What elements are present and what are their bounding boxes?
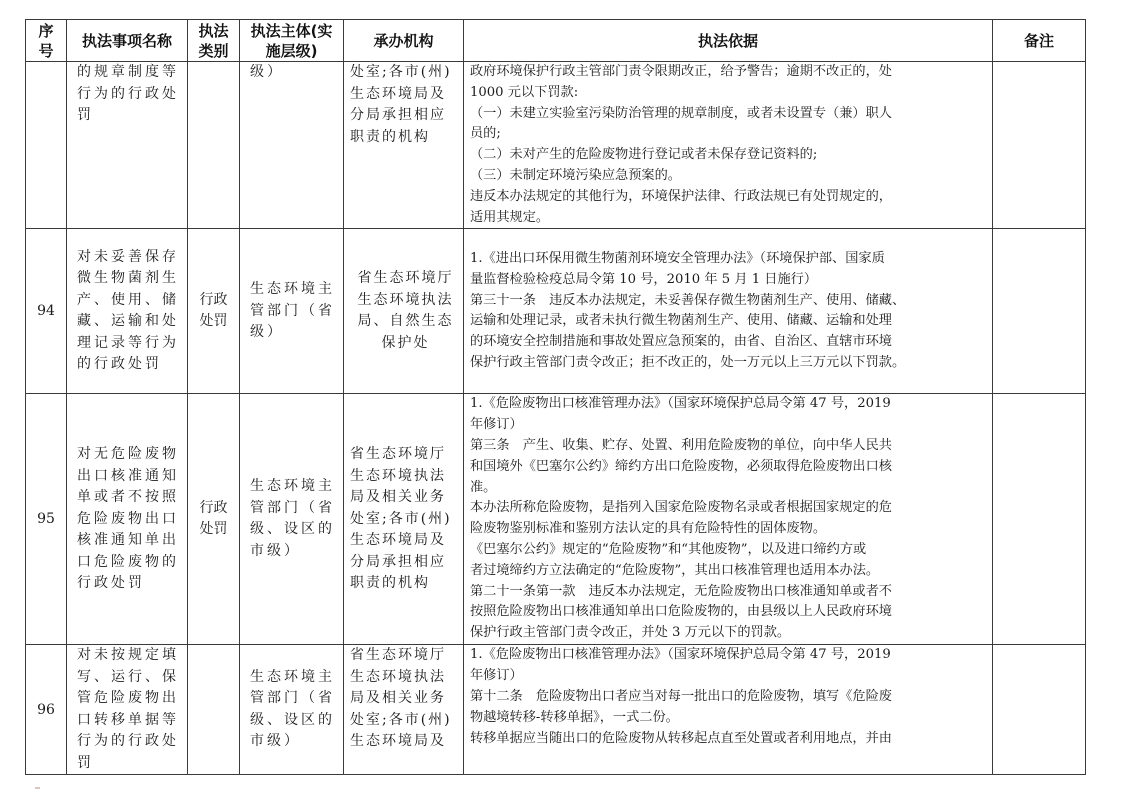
enforcement-items-table: 序 号 执法事项名称 执法 类别 执法主体(实 施层级) 承办机构 执法依据 备… [25,19,1086,775]
basis-line: 第十二条 危险废物出口者应当对每一批出口的危险废物，填写《危险废 [470,687,988,708]
cell-name: 对未按规定填写、运行、保管危险废物出口转移单据等行为的行政处罚 [67,645,188,775]
cell-note [993,645,1086,775]
cell-subject: 级） [240,62,344,229]
cell-subject: 生态环境主管部门（省级、设区的市级） [240,645,344,775]
cell-name: 对未妥善保存微生物菌剂生产、使用、储藏、运输和处理记录等行为的行政处罚 [67,229,188,394]
header-type-line: 类别 [188,41,239,61]
basis-line: 第二十一条第一款 违反本办法规定，无危险废物出口核准通知单或者不 [470,582,988,603]
cell-basis: 1.《危险废物出口核准管理办法》（国家环境保护总局令第 47 号，2019 年修… [464,645,993,775]
cell-seq: 96 [26,645,67,775]
header-seq: 序 号 [26,20,67,62]
basis-line: （一）未建立实验室污染防治管理的规章制度，或者未设置专（兼）职人 [470,104,988,125]
cell-type-text: 行政处罚 [198,290,229,332]
cell-org: 省生态环境厅生态环境执法局、自然生态保护处 [344,229,464,394]
basis-line: 年修订） [470,666,988,687]
basis-line: 运输和处理记录，或者未执行微生物菌剂生产、使用、储藏、运输和处理 [470,311,988,332]
basis-line: 第三十一条 违反本办法规定，未妥善保存微生物菌剂生产、使用、储藏、 [470,291,988,312]
basis-line: 员的; [470,124,988,145]
header-subject-line: 执法主体(实 [240,21,343,41]
basis-line: （二）未对产生的危险废物进行登记或者未保存登记资料的; [470,145,988,166]
basis-line: 者过境缔约方立法确定的“危险废物”，其出口核准管理也适用本办法。 [470,561,988,582]
basis-line: 第三条 产生、收集、贮存、处置、利用危险废物的单位，向中华人民共 [470,436,988,457]
cell-type [188,645,240,775]
basis-line: 物越境转移-转移单据》，一式二份。 [470,708,988,729]
scan-speck [35,787,40,789]
cell-basis: 政府环境保护行政主管部门责令限期改正，给予警告；逾期不改正的，处 1000 元以… [464,62,993,229]
cell-type-text: 行政处罚 [198,498,229,540]
basis-line: 本办法所称危险废物，是指列入国家危险废物名录或者根据国家规定的危 [470,498,988,519]
cell-org: 处室;各市(州)生态环境局及分局承担相应职责的机构 [344,62,464,229]
basis-line: 适用其规定。 [470,208,988,229]
basis-line: 1.《危险废物出口核准管理办法》（国家环境保护总局令第 47 号，2019 [470,645,988,666]
header-subject: 执法主体(实 施层级) [240,20,344,62]
header-name: 执法事项名称 [67,20,188,62]
cell-subject: 生态环境主管部门（省级、设区的市级） [240,394,344,645]
basis-line: 量监督检验检疫总局令第 10 号，2010 年 5 月 1 日施行） [470,270,988,291]
header-basis: 执法依据 [464,20,993,62]
basis-line: 按照危险废物出口核准通知单出口危险废物的，由县级以上人民政府环境 [470,602,988,623]
basis-line: 政府环境保护行政主管部门责令限期改正，给予警告；逾期不改正的，处 [470,62,988,83]
header-subject-line: 施层级) [240,41,343,61]
basis-line: 准。 [470,478,988,499]
basis-line: 保护行政主管部门责令改正；拒不改正的，处一万元以上三万元以下罚款。 [470,353,988,374]
basis-line: 1.《危险废物出口核准管理办法》（国家环境保护总局令第 47 号，2019 [470,394,988,415]
cell-note [993,62,1086,229]
header-type-line: 执法 [188,21,239,41]
header-seq-line: 号 [26,41,66,61]
basis-line: 1000 元以下罚款: [470,83,988,104]
basis-line: 保护行政主管部门责令改正，并处 3 万元以下的罚款。 [470,623,988,644]
cell-subject: 生态环境主管部门（省级） [240,229,344,394]
cell-name: 对无危险废物出口核准通知单或者不按照危险废物出口核准通知单出口危险废物的行政处罚 [67,394,188,645]
header-seq-line: 序 [26,21,66,41]
cell-note [993,394,1086,645]
cell-seq [26,62,67,229]
basis-line: 和国境外《巴塞尔公约》缔约方出口危险废物，必须取得危险废物出口核 [470,457,988,478]
basis-line: 违反本办法规定的其他行为，环境保护法律、行政法规已有处罚规定的， [470,187,988,208]
basis-line: 《巴塞尔公约》规定的“危险废物”和“其他废物”，以及进口缔约方或 [470,540,988,561]
cell-type: 行政处罚 [188,229,240,394]
basis-line: 险废物鉴别标准和鉴别方法认定的具有危险特性的固体废物。 [470,519,988,540]
cell-basis: 1.《危险废物出口核准管理办法》（国家环境保护总局令第 47 号，2019 年修… [464,394,993,645]
table-row: 95 对无危险废物出口核准通知单或者不按照危险废物出口核准通知单出口危险废物的行… [26,394,1086,645]
basis-line: 转移单据应当随出口的危险废物从转移起点直至处置或者利用地点，并由 [470,729,988,750]
table-row: 的规章制度等行为的行政处罚 级） 处室;各市(州)生态环境局及分局承担相应职责的… [26,62,1086,229]
header-row: 序 号 执法事项名称 执法 类别 执法主体(实 施层级) 承办机构 执法依据 备… [26,20,1086,62]
cell-org: 省生态环境厅生态环境执法局及相关业务处室;各市(州)生态环境局及分局承担相应职责… [344,394,464,645]
cell-seq: 95 [26,394,67,645]
cell-note [993,229,1086,394]
basis-line: （三）未制定环境污染应急预案的。 [470,166,988,187]
cell-type: 行政处罚 [188,394,240,645]
table-row: 94 对未妥善保存微生物菌剂生产、使用、储藏、运输和处理记录等行为的行政处罚 行… [26,229,1086,394]
basis-line: 年修订） [470,415,988,436]
basis-line: 1.《进出口环保用微生物菌剂环境安全管理办法》（环境保护部、国家质 [470,249,988,270]
table-row: 96 对未按规定填写、运行、保管危险废物出口转移单据等行为的行政处罚 生态环境主… [26,645,1086,775]
header-org: 承办机构 [344,20,464,62]
cell-basis: 1.《进出口环保用微生物菌剂环境安全管理办法》（环境保护部、国家质 量监督检验检… [464,229,993,394]
basis-line: 的环境安全控制措施和事故处置应急预案的，由省、自治区、直辖市环境 [470,332,988,353]
cell-org: 省生态环境厅生态环境执法局及相关业务处室;各市(州)生态环境局及 [344,645,464,775]
cell-type [188,62,240,229]
cell-name: 的规章制度等行为的行政处罚 [67,62,188,229]
header-type: 执法 类别 [188,20,240,62]
cell-seq: 94 [26,229,67,394]
header-note: 备注 [993,20,1086,62]
